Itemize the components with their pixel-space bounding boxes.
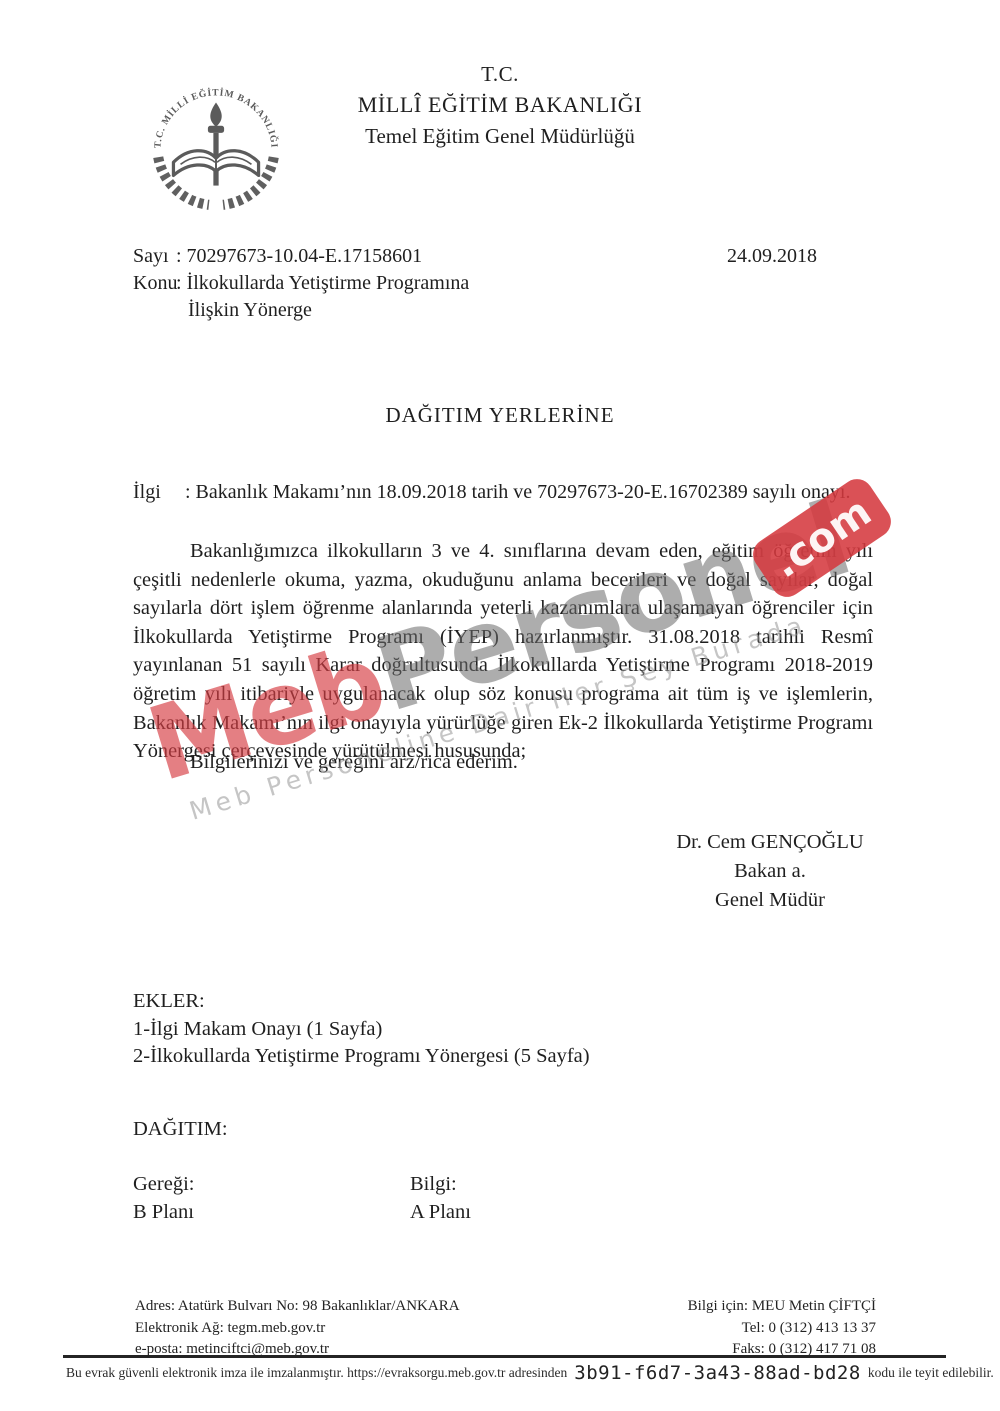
konu-value-line2: İlişkin Yönerge xyxy=(188,299,312,322)
distribution-heading: DAĞITIM: xyxy=(133,1118,228,1141)
body-line: öğretim yılı itibariyle uygulanacak olup… xyxy=(133,680,873,709)
body-line: Bakanlık Makamı’nın ilgi onayıyla yürürl… xyxy=(133,709,873,738)
signer-name: Dr. Cem GENÇOĞLU xyxy=(620,828,920,857)
closing-sentence: Bilgilerinizi ve gereğini arz/rica ederi… xyxy=(190,751,518,774)
scanned-official-letter: T.C. MİLLİ EĞİTİM BAKANLIĞI T.C. MİLLÎ E… xyxy=(0,0,1000,1411)
letterhead: T.C. MİLLÎ EĞİTİM BAKANLIĞI Temel Eğitim… xyxy=(280,60,720,150)
meb-emblem-icon: T.C. MİLLİ EĞİTİM BAKANLIĞI xyxy=(140,66,292,218)
recipient-heading: DAĞITIM YERLERİNE xyxy=(0,403,1000,428)
geregi-label: Gereği: xyxy=(133,1170,194,1198)
torch-flame xyxy=(210,102,221,126)
footer-divider xyxy=(63,1355,946,1358)
body-line: çeşitli nedenlerle okuma, yazma, okuduğu… xyxy=(133,566,873,595)
ilgi-label: İlgi xyxy=(133,481,185,504)
signature-block: Dr. Cem GENÇOĞLU Bakan a. Genel Müdür xyxy=(620,828,920,915)
signer-title-2: Genel Müdür xyxy=(620,886,920,915)
document-date: 24.09.2018 xyxy=(727,245,817,268)
verification-code: 3b91-f6d7-3a43-88ad-bd28 xyxy=(574,1362,861,1384)
republic-label: T.C. xyxy=(280,60,720,88)
ilgi-row: İlgi: Bakanlık Makamı’nın 18.09.2018 tar… xyxy=(133,481,850,504)
footer-tel: Tel: 0 (312) 413 13 37 xyxy=(600,1318,876,1340)
footer-contact-block: Bilgi için: MEU Metin ÇİFTÇİ Tel: 0 (312… xyxy=(600,1296,876,1361)
bilgi-value: A Planı xyxy=(410,1198,471,1226)
signer-title-1: Bakan a. xyxy=(620,857,920,886)
sayi-row: Sayı: 70297673-10.04-E.17158601 xyxy=(133,245,422,268)
konu-label: Konu xyxy=(133,272,176,295)
konu-row: Konu: İlkokullarda Yetiştirme Programına xyxy=(133,272,469,295)
distribution-geregi: Gereği: B Planı xyxy=(133,1170,194,1226)
department-name: Temel Eğitim Genel Müdürlüğü xyxy=(280,122,720,150)
body-line: sayılarla dört işlem öğrenme alanlarında… xyxy=(133,594,873,623)
body-line: Bakanlığımızca ilkokulların 3 ve 4. sını… xyxy=(133,537,873,566)
attachments-block: EKLER: 1-İlgi Makam Onayı (1 Sayfa) 2-İl… xyxy=(133,988,590,1071)
geregi-value: B Planı xyxy=(133,1198,194,1226)
footer-address: Adres: Atatürk Bulvarı No: 98 Bakanlıkla… xyxy=(135,1296,460,1318)
attachments-heading: EKLER: xyxy=(133,988,590,1016)
attachment-item: 1-İlgi Makam Onayı (1 Sayfa) xyxy=(133,1016,590,1044)
body-line: İlkokullarda Yetiştirme Programı (İYEP) … xyxy=(133,623,873,652)
konu-value: : İlkokullarda Yetiştirme Programına xyxy=(176,272,469,294)
distribution-bilgi: Bilgi: A Planı xyxy=(410,1170,471,1226)
verification-row: Bu evrak güvenli elektronik imza ile imz… xyxy=(66,1362,946,1384)
verification-suffix: kodu ile teyit edilebilir. xyxy=(868,1365,994,1381)
verification-prefix: Bu evrak güvenli elektronik imza ile imz… xyxy=(66,1365,567,1381)
body-paragraph: Bakanlığımızca ilkokulların 3 ve 4. sını… xyxy=(133,537,873,766)
body-line: yayınlanan 51 sayılı Karar doğrultusunda… xyxy=(133,651,873,680)
footer-address-block: Adres: Atatürk Bulvarı No: 98 Bakanlıkla… xyxy=(135,1296,460,1361)
ministry-name: MİLLÎ EĞİTİM BAKANLIĞI xyxy=(280,90,720,120)
attachment-item: 2-İlkokullarda Yetiştirme Programı Yöner… xyxy=(133,1043,590,1071)
sayi-value: : 70297673-10.04-E.17158601 xyxy=(176,245,422,267)
ilgi-value: : Bakanlık Makamı’nın 18.09.2018 tarih v… xyxy=(185,481,850,503)
footer-contact-person: Bilgi için: MEU Metin ÇİFTÇİ xyxy=(600,1296,876,1318)
bilgi-label: Bilgi: xyxy=(410,1170,471,1198)
sayi-label: Sayı xyxy=(133,245,176,268)
footer-web: Elektronik Ağ: tegm.meb.gov.tr xyxy=(135,1318,460,1340)
torch-cup xyxy=(208,126,224,133)
